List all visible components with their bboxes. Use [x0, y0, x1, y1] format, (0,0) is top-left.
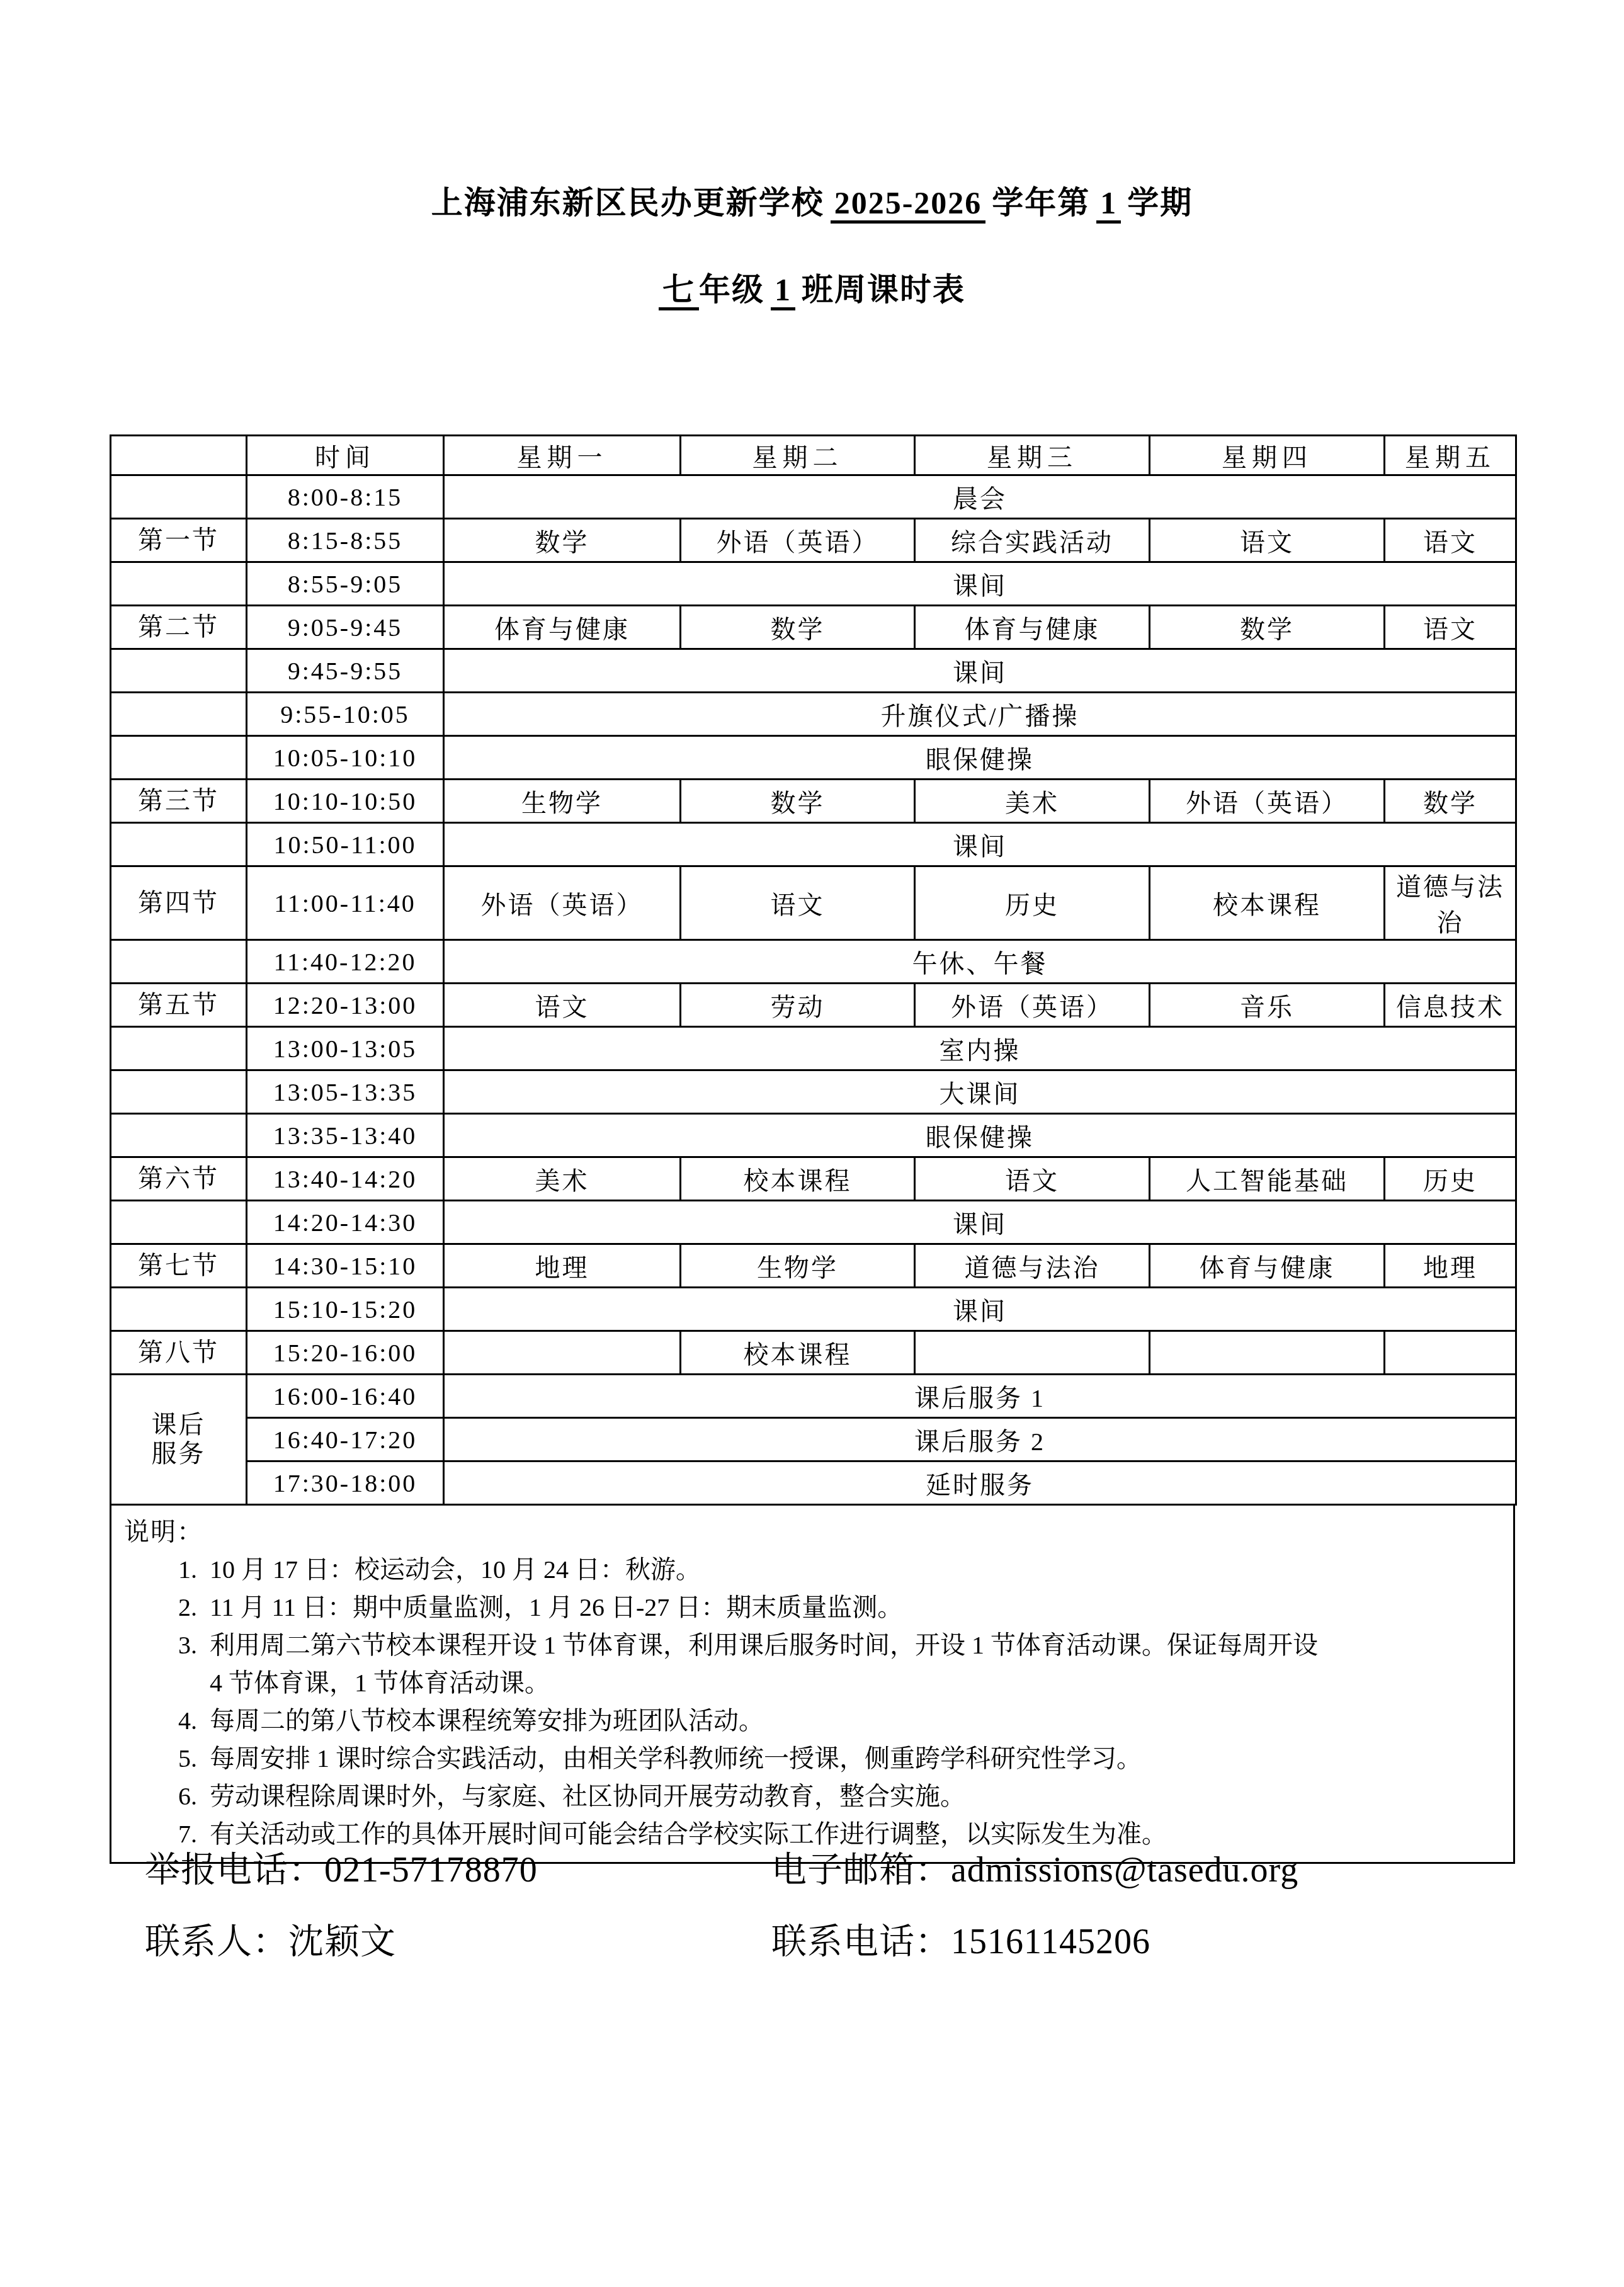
timetable-cell-subject: 美术: [444, 1157, 681, 1201]
note-number: 1.: [178, 1551, 210, 1589]
timetable-cell-time: 13:40-14:20: [247, 1157, 444, 1201]
timetable-cell-period: 第八节: [111, 1331, 247, 1375]
timetable-cell-time: 8:55-9:05: [247, 562, 444, 606]
timetable-row: 9:55-10:05升旗仪式/广播操: [111, 693, 1516, 736]
page-subtitle: 七年级1班周课时表: [0, 264, 1624, 310]
timetable-cell-subject: 语文: [444, 984, 681, 1027]
timetable-row: 17:30-18:00延时服务: [111, 1461, 1516, 1505]
timetable-cell-time: 9:05-9:45: [247, 606, 444, 649]
note-item: 6.劳动课程除周课时外，与家庭、社区协同开展劳动教育，整合实施。: [124, 1778, 1501, 1815]
note-text: 每周二的第八节校本课程统筹安排为班团队活动。: [210, 1702, 1501, 1740]
timetable-cell-subject: 数学: [1150, 606, 1385, 649]
footer-field: 联系电话：15161145206: [771, 1914, 1515, 1964]
note-number: 2.: [178, 1589, 210, 1626]
timetable-row: 课后 服务16:00-16:40课后服务 1: [111, 1375, 1516, 1418]
note-item: 2.11 月 11 日：期中质量监测，1 月 26 日-27 日：期末质量监测。: [124, 1589, 1501, 1626]
timetable-row: 第三节10:10-10:50生物学数学美术外语（英语）数学: [111, 780, 1516, 823]
timetable-cell-break: 课后服务 1: [444, 1375, 1516, 1418]
timetable-cell-subject: 生物学: [681, 1244, 915, 1288]
timetable-cell-period: 第六节: [111, 1157, 247, 1201]
timetable-cell-time: 11:00-11:40: [247, 866, 444, 940]
note-number: 4.: [178, 1702, 210, 1740]
timetable-cell-break: 升旗仪式/广播操: [444, 693, 1516, 736]
timetable-cell-subject: 信息技术: [1385, 984, 1516, 1027]
note-item: 3.利用周二第六节校本课程开设 1 节体育课，利用课后服务时间，开设 1 节体育…: [124, 1626, 1501, 1702]
timetable-cell-time: 10:50-11:00: [247, 823, 444, 866]
timetable-row: 第五节12:20-13:00语文劳动外语（英语）音乐信息技术: [111, 984, 1516, 1027]
title-mid-text: 学年第: [992, 185, 1090, 220]
document-page: 上海浦东新区民办更新学校2025-2026学年第1学期 七年级1班周课时表 时间…: [0, 0, 1624, 2287]
notes-list: 1.10 月 17 日：校运动会，10 月 24 日：秋游。2.11 月 11 …: [124, 1551, 1501, 1853]
timetable-cell-subject: 数学: [681, 780, 915, 823]
footer-value: 沈颖文: [288, 1922, 396, 1961]
timetable-cell-subject: 校本课程: [1150, 866, 1385, 940]
timetable-row: 8:00-8:15晨会: [111, 475, 1516, 519]
timetable-cell-subject: [915, 1331, 1150, 1375]
note-number: 6.: [178, 1778, 210, 1815]
note-item: 1.10 月 17 日：校运动会，10 月 24 日：秋游。: [124, 1551, 1501, 1589]
footer-label: 联系人：: [145, 1922, 288, 1961]
timetable-cell-period: 第四节: [111, 866, 247, 940]
timetable-cell-time: 13:35-13:40: [247, 1114, 444, 1157]
timetable-row: 第七节14:30-15:10地理生物学道德与法治体育与健康地理: [111, 1244, 1516, 1288]
timetable-sheet: 时间星期一星期二星期三星期四星期五 8:00-8:15晨会第一节8:15-8:5…: [110, 434, 1515, 1864]
note-text: 劳动课程除周课时外，与家庭、社区协同开展劳动教育，整合实施。: [210, 1778, 1501, 1815]
timetable-cell-time: 10:05-10:10: [247, 736, 444, 780]
timetable-cell-break: 午休、午餐: [444, 940, 1516, 984]
timetable-cell-period: [111, 1288, 247, 1331]
timetable-cell-time: 13:00-13:05: [247, 1027, 444, 1070]
timetable-header-cell: 星期五: [1385, 436, 1516, 475]
timetable-cell-subject: 语文: [1385, 519, 1516, 562]
title-term-underlined: 1: [1096, 185, 1121, 224]
timetable-cell-period: 第二节: [111, 606, 247, 649]
footer-label: 举报电话：: [145, 1851, 324, 1890]
note-text: 10 月 17 日：校运动会，10 月 24 日：秋游。: [210, 1551, 1501, 1589]
timetable-cell-subject: 语文: [1385, 606, 1516, 649]
timetable-row: 9:45-9:55课间: [111, 649, 1516, 693]
timetable-header-cell: 时间: [247, 436, 444, 475]
timetable-row: 16:40-17:20课后服务 2: [111, 1418, 1516, 1461]
timetable-cell-break: 课间: [444, 562, 1516, 606]
note-item: 4.每周二的第八节校本课程统筹安排为班团队活动。: [124, 1702, 1501, 1740]
timetable-cell-subject: 语文: [1150, 519, 1385, 562]
timetable-cell-subject: 道德与法治: [1385, 866, 1516, 940]
timetable-cell-subject: 数学: [1385, 780, 1516, 823]
subtitle-end-text: 班周课时表: [802, 272, 965, 307]
timetable-cell-break: 室内操: [444, 1027, 1516, 1070]
timetable-cell-subject: [444, 1331, 681, 1375]
timetable-cell-period: [111, 1027, 247, 1070]
timetable-cell-period: [111, 736, 247, 780]
note-text: 每周安排 1 课时综合实践活动，由相关学科教师统一授课，侧重跨学科研究性学习。: [210, 1740, 1501, 1778]
timetable-cell-subject: 外语（英语）: [915, 984, 1150, 1027]
timetable-corner-cell: [111, 436, 247, 475]
timetable-cell-period: [111, 649, 247, 693]
footer-value: admissions@tasedu.org: [951, 1851, 1298, 1890]
timetable-cell-period: [111, 693, 247, 736]
timetable-cell-period: [111, 1114, 247, 1157]
timetable-cell-period: [111, 475, 247, 519]
timetable-cell-break: 课间: [444, 823, 1516, 866]
timetable-cell-time: 17:30-18:00: [247, 1461, 444, 1505]
timetable-header-cell: 星期一: [444, 436, 681, 475]
timetable-cell-subject: 语文: [681, 866, 915, 940]
timetable-cell-break: 课间: [444, 1201, 1516, 1244]
timetable-cell-time: 15:10-15:20: [247, 1288, 444, 1331]
footer-field: 电子邮箱：admissions@tasedu.org: [771, 1842, 1515, 1892]
footer-value: 15161145206: [951, 1922, 1150, 1961]
page-title: 上海浦东新区民办更新学校2025-2026学年第1学期: [0, 178, 1624, 223]
timetable-cell-period: 第七节: [111, 1244, 247, 1288]
timetable-row: 第一节8:15-8:55数学外语（英语）综合实践活动语文语文: [111, 519, 1516, 562]
timetable-cell-period: 第一节: [111, 519, 247, 562]
notes-heading: 说明：: [124, 1513, 1501, 1551]
timetable-row: 11:40-12:20午休、午餐: [111, 940, 1516, 984]
timetable-cell-subject: 体育与健康: [444, 606, 681, 649]
timetable-cell-time: 9:55-10:05: [247, 693, 444, 736]
timetable-cell-subject: 外语（英语）: [444, 866, 681, 940]
timetable-cell-subject: 校本课程: [681, 1157, 915, 1201]
timetable-row: 10:50-11:00课间: [111, 823, 1516, 866]
timetable-row: 14:20-14:30课间: [111, 1201, 1516, 1244]
timetable-cell-time: 14:20-14:30: [247, 1201, 444, 1244]
timetable-cell-break: 课间: [444, 649, 1516, 693]
subtitle-grade-text: 年级: [699, 272, 764, 307]
timetable-cell-subject: 人工智能基础: [1150, 1157, 1385, 1201]
timetable-row: 第六节13:40-14:20美术校本课程语文人工智能基础历史: [111, 1157, 1516, 1201]
timetable-row: 15:10-15:20课间: [111, 1288, 1516, 1331]
timetable-header-cell: 星期三: [915, 436, 1150, 475]
timetable-cell-period: [111, 562, 247, 606]
timetable-cell-break: 大课间: [444, 1070, 1516, 1114]
timetable-row: 8:55-9:05课间: [111, 562, 1516, 606]
note-number: 3.: [178, 1626, 210, 1702]
timetable-header-cell: 星期四: [1150, 436, 1385, 475]
timetable-row: 13:05-13:35大课间: [111, 1070, 1516, 1114]
title-end-text: 学期: [1127, 185, 1193, 220]
timetable-header-cell: 星期二: [681, 436, 915, 475]
timetable-cell-period: 课后 服务: [111, 1375, 247, 1505]
timetable-cell-time: 11:40-12:20: [247, 940, 444, 984]
timetable-cell-time: 15:20-16:00: [247, 1331, 444, 1375]
footer-label: 联系电话：: [771, 1922, 951, 1961]
timetable-cell-time: 8:15-8:55: [247, 519, 444, 562]
timetable-cell-break: 课间: [444, 1288, 1516, 1331]
title-school-text: 上海浦东新区民办更新学校: [431, 185, 824, 220]
subtitle-class-underlined: 1: [771, 272, 795, 310]
notes-section: 说明： 1.10 月 17 日：校运动会，10 月 24 日：秋游。2.11 月…: [110, 1506, 1515, 1864]
timetable-cell-time: 9:45-9:55: [247, 649, 444, 693]
timetable-row: 10:05-10:10眼保健操: [111, 736, 1516, 780]
timetable-cell-break: 眼保健操: [444, 736, 1516, 780]
subtitle-grade-underlined: 七: [659, 272, 699, 310]
timetable-cell-time: 12:20-13:00: [247, 984, 444, 1027]
timetable-cell-subject: 语文: [915, 1157, 1150, 1201]
timetable-cell-time: 14:30-15:10: [247, 1244, 444, 1288]
timetable-cell-subject: 音乐: [1150, 984, 1385, 1027]
timetable-row: 第八节15:20-16:00校本课程: [111, 1331, 1516, 1375]
timetable-cell-period: [111, 940, 247, 984]
timetable-cell-subject: 外语（英语）: [1150, 780, 1385, 823]
timetable-cell-break: 延时服务: [444, 1461, 1516, 1505]
footer-label: 电子邮箱：: [771, 1851, 951, 1890]
footer-field: 联系人：沈颖文: [145, 1914, 771, 1964]
note-text: 利用周二第六节校本课程开设 1 节体育课，利用课后服务时间，开设 1 节体育活动…: [210, 1626, 1501, 1702]
footer-value: 021-57178870: [324, 1851, 538, 1890]
timetable-cell-subject: 劳动: [681, 984, 915, 1027]
timetable-cell-subject: 外语（英语）: [681, 519, 915, 562]
timetable-cell-period: [111, 1070, 247, 1114]
timetable-cell-subject: 地理: [1385, 1244, 1516, 1288]
timetable-row: 13:00-13:05室内操: [111, 1027, 1516, 1070]
timetable-cell-break: 课后服务 2: [444, 1418, 1516, 1461]
timetable-cell-subject: 美术: [915, 780, 1150, 823]
timetable-cell-time: 16:00-16:40: [247, 1375, 444, 1418]
note-item: 5.每周安排 1 课时综合实践活动，由相关学科教师统一授课，侧重跨学科研究性学习…: [124, 1740, 1501, 1778]
timetable-cell-time: 16:40-17:20: [247, 1418, 444, 1461]
footer-contacts: 举报电话：021-57178870电子邮箱：admissions@tasedu.…: [110, 1842, 1515, 1964]
timetable-row: 第四节11:00-11:40外语（英语）语文历史校本课程道德与法治: [111, 866, 1516, 940]
timetable-cell-break: 眼保健操: [444, 1114, 1516, 1157]
footer-field: 举报电话：021-57178870: [145, 1842, 771, 1892]
timetable: 时间星期一星期二星期三星期四星期五 8:00-8:15晨会第一节8:15-8:5…: [110, 434, 1517, 1506]
timetable-cell-subject: 历史: [1385, 1157, 1516, 1201]
timetable-cell-period: 第三节: [111, 780, 247, 823]
timetable-cell-subject: 地理: [444, 1244, 681, 1288]
timetable-cell-period: [111, 823, 247, 866]
timetable-row: 第二节9:05-9:45体育与健康数学体育与健康数学语文: [111, 606, 1516, 649]
timetable-cell-period: 第五节: [111, 984, 247, 1027]
timetable-cell-subject: 体育与健康: [915, 606, 1150, 649]
note-number: 5.: [178, 1740, 210, 1778]
timetable-cell-subject: 体育与健康: [1150, 1244, 1385, 1288]
timetable-cell-period: [111, 1201, 247, 1244]
timetable-cell-time: 10:10-10:50: [247, 780, 444, 823]
timetable-row: 13:35-13:40眼保健操: [111, 1114, 1516, 1157]
timetable-cell-time: 8:00-8:15: [247, 475, 444, 519]
timetable-cell-break: 晨会: [444, 475, 1516, 519]
timetable-cell-subject: [1150, 1331, 1385, 1375]
timetable-cell-subject: 生物学: [444, 780, 681, 823]
timetable-cell-subject: 道德与法治: [915, 1244, 1150, 1288]
timetable-cell-subject: 数学: [681, 606, 915, 649]
timetable-cell-subject: 综合实践活动: [915, 519, 1150, 562]
note-text: 11 月 11 日：期中质量监测，1 月 26 日-27 日：期末质量监测。: [210, 1589, 1501, 1626]
title-year-underlined: 2025-2026: [831, 185, 986, 224]
timetable-cell-time: 13:05-13:35: [247, 1070, 444, 1114]
timetable-cell-subject: 历史: [915, 866, 1150, 940]
timetable-cell-subject: 校本课程: [681, 1331, 915, 1375]
timetable-cell-subject: [1385, 1331, 1516, 1375]
timetable-cell-subject: 数学: [444, 519, 681, 562]
